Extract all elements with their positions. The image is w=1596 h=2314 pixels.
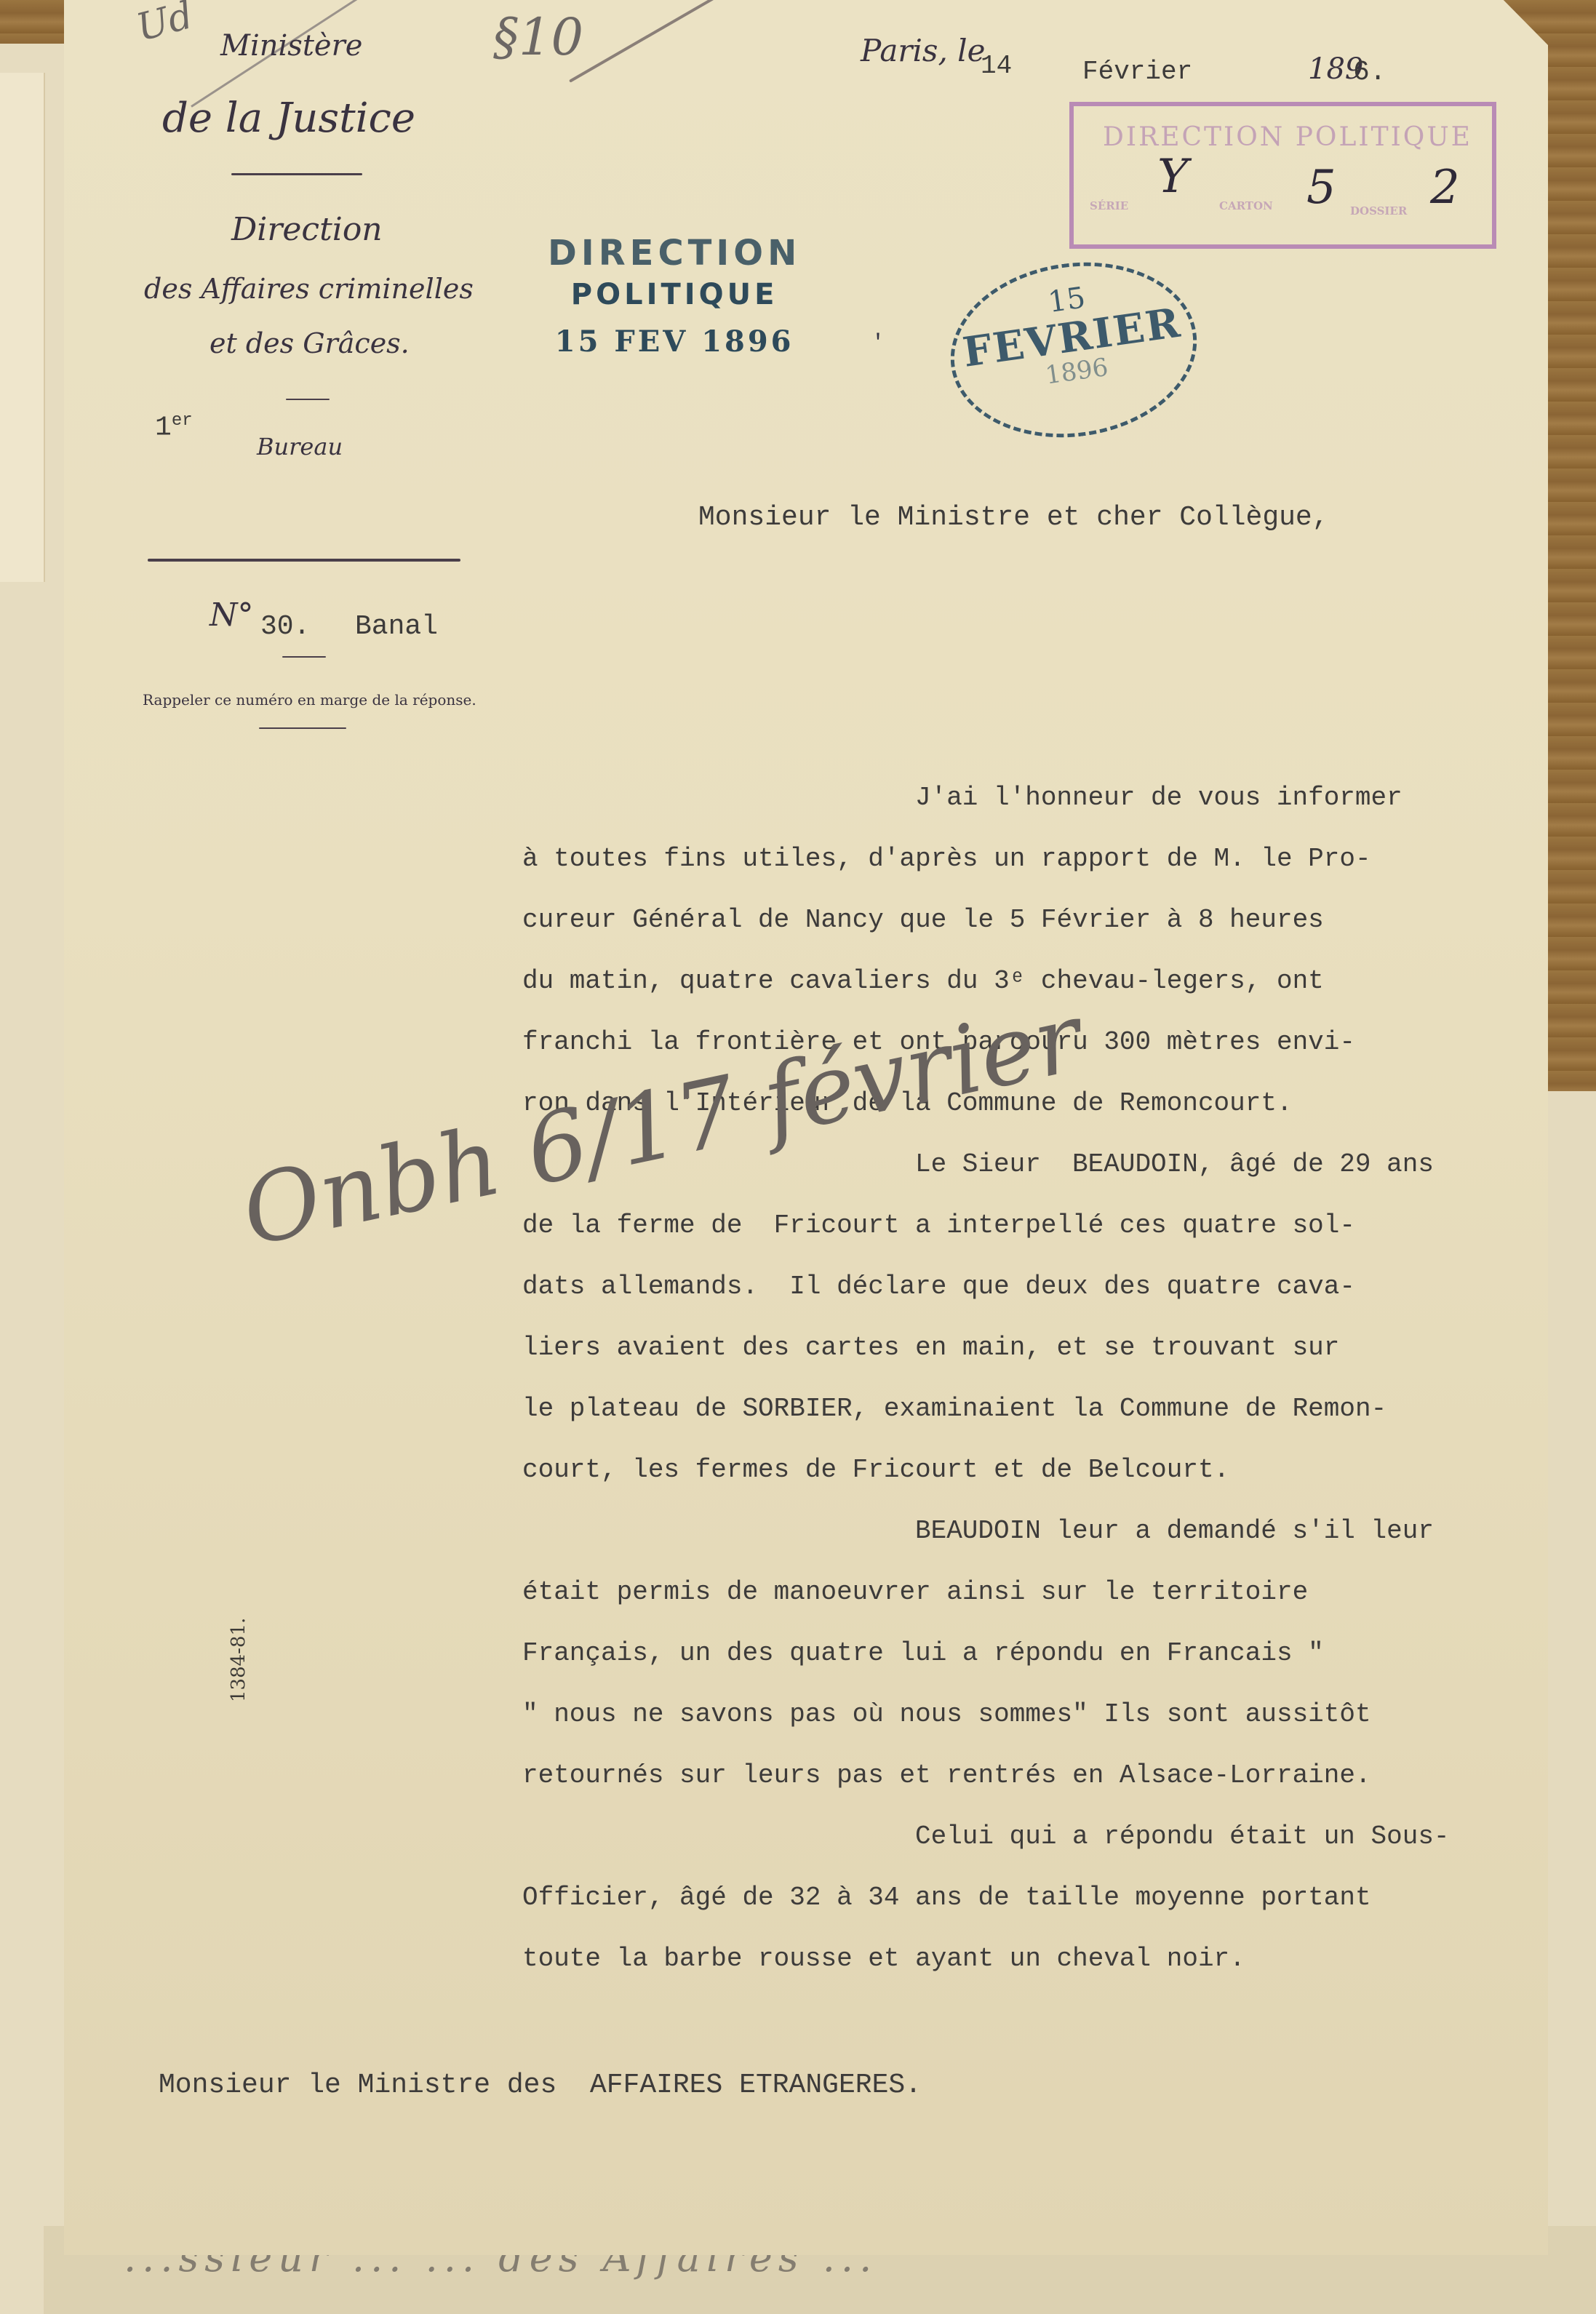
number-label: N° <box>210 597 254 634</box>
body-line: court, les fermes de Fricourt et de Belc… <box>522 1440 1555 1501</box>
registry-label-dossier: DOSSIER <box>1350 204 1407 218</box>
date-year-suffix: 6. <box>1353 57 1386 88</box>
addressee-prefix: Monsieur le Ministre des <box>159 2070 556 2101</box>
direction-subtitle-1: des Affaires criminelles <box>144 273 474 305</box>
letter-page: Ud §10 Ministère de la Justice Direction… <box>64 0 1548 2255</box>
body-line: toute la barbe rousse et ayant un cheval… <box>522 1928 1555 1990</box>
short-rule <box>286 399 330 400</box>
date-month: Février <box>1082 57 1192 87</box>
body-line: retournés sur leurs pas et rentrés en Al… <box>522 1745 1555 1806</box>
date-day: 14 <box>981 51 1012 81</box>
stamp-line-date: 15 FEV 1896 <box>548 324 801 359</box>
body-line: le plateau de SORBIER, examinaient la Co… <box>522 1379 1555 1440</box>
registry-value-serie: Y <box>1157 150 1188 204</box>
oval-date-stamp: 15 FEVRIER 1896 <box>939 247 1208 452</box>
reference-number: 30. <box>260 611 310 642</box>
bureau-number-suffix: er <box>172 411 193 431</box>
body-line: BEAUDOIN leur a demandé s'il leur <box>522 1501 1555 1562</box>
classification-label: Banal <box>355 611 438 642</box>
ministry-name-line2: de la Justice <box>162 95 415 142</box>
bureau-number-value: 1 <box>155 412 172 444</box>
pencil-diagonal-stroke <box>569 0 734 83</box>
body-line: cureur Général de Nancy que le 5 Février… <box>522 890 1555 951</box>
reply-reminder: Rappeler ce numéro en marge de la répons… <box>143 691 476 709</box>
registry-value-dossier: 2 <box>1430 161 1460 215</box>
registry-stamp-title: DIRECTION POLITIQUE <box>1103 122 1472 152</box>
ornamental-rule <box>231 173 362 175</box>
direction-politique-stamp: DIRECTION POLITIQUE 15 FEV 1896 <box>548 233 801 359</box>
direction-title: Direction <box>231 211 383 248</box>
body-line: à toutes fins utiles, d'après un rapport… <box>522 829 1555 890</box>
registry-stamp: DIRECTION POLITIQUE SÉRIE Y CARTON 5 DOS… <box>1069 102 1496 249</box>
body-line: liers avaient des cartes en main, et se … <box>522 1317 1555 1379</box>
body-line: J'ai l'honneur de vous informer <box>522 767 1555 829</box>
vertical-print-code: 1384-81. <box>228 1618 250 1702</box>
body-line: de la ferme de Fricourt a interpellé ces… <box>522 1195 1555 1256</box>
body-line: Officier, âgé de 32 à 34 ans de taille m… <box>522 1867 1555 1928</box>
ministry-name-line1: Ministère <box>220 29 362 63</box>
short-rule-2 <box>282 656 326 658</box>
ornamental-rule-long <box>148 559 460 562</box>
stray-mark: ' <box>871 331 885 356</box>
pencil-section-mark: §10 <box>493 7 583 67</box>
bureau-label: Bureau <box>257 433 343 460</box>
underlying-sheet-left-edge <box>0 73 45 582</box>
pencil-mark-top-left: Ud <box>132 0 198 50</box>
ornamental-rule-small <box>259 727 346 729</box>
date-place: Paris, le <box>861 33 985 68</box>
salutation: Monsieur le Ministre et cher Collègue, <box>698 502 1329 533</box>
addressee-department: AFFAIRES ETRANGERES. <box>590 2070 922 2101</box>
body-line: Français, un des quatre lui a répondu en… <box>522 1623 1555 1684</box>
body-line: Celui qui a répondu était un Sous- <box>522 1806 1555 1867</box>
registry-label-serie: SÉRIE <box>1090 199 1128 212</box>
direction-subtitle-2: et des Grâces. <box>210 327 410 359</box>
stamp-line-politique: POLITIQUE <box>548 278 801 311</box>
registry-value-carton: 5 <box>1306 161 1336 215</box>
registry-label-carton: CARTON <box>1219 199 1273 212</box>
body-line: " nous ne savons pas où nous sommes" Ils… <box>522 1684 1555 1745</box>
letter-body: J'ai l'honneur de vous informerà toutes … <box>522 767 1555 1990</box>
body-line: dats allemands. Il déclare que deux des … <box>522 1256 1555 1317</box>
bureau-number: 1er <box>155 411 193 444</box>
body-line: était permis de manoeuvrer ainsi sur le … <box>522 1562 1555 1623</box>
stamp-line-direction: DIRECTION <box>548 233 801 274</box>
addressee: Monsieur le Ministre des AFFAIRES ETRANG… <box>159 2070 922 2101</box>
